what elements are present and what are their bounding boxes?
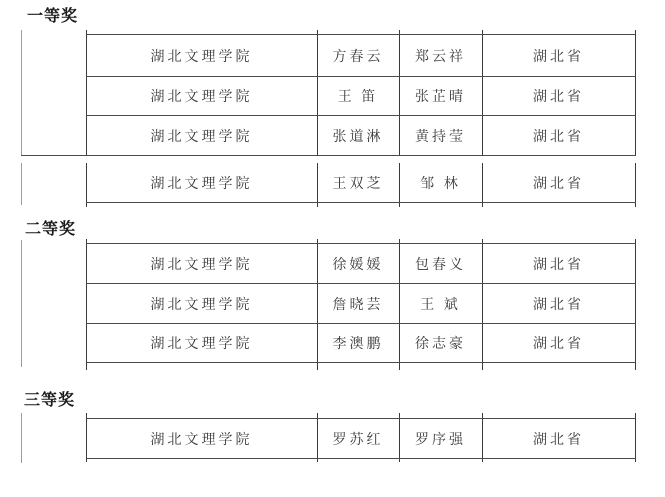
cell-member2: 黄持莹 xyxy=(399,116,482,155)
gridline-v xyxy=(21,413,22,463)
first-prize-table-continued: 湖北文理学院 王双芝 邹 林 湖北省 xyxy=(21,163,637,207)
section-heading-third-prize: 三等奖 xyxy=(24,387,75,410)
cell-member2: 郑云祥 xyxy=(399,35,482,76)
cell-institution: 湖北文理学院 xyxy=(86,77,317,115)
cell-institution: 湖北文理学院 xyxy=(86,284,317,323)
cell-member1: 方春云 xyxy=(317,35,399,76)
gridline-v xyxy=(21,163,22,205)
cell-province: 湖北省 xyxy=(482,419,635,458)
cell-institution: 湖北文理学院 xyxy=(86,35,317,76)
gridline-h xyxy=(86,362,636,363)
gridline-v xyxy=(21,240,22,367)
section-heading-second-prize: 二等奖 xyxy=(25,216,76,239)
gridline-v xyxy=(635,413,636,462)
cell-member1: 李澳鹏 xyxy=(317,324,399,362)
cell-province: 湖北省 xyxy=(482,77,635,115)
cell-province: 湖北省 xyxy=(482,244,635,283)
section-heading-first-prize: 一等奖 xyxy=(27,3,78,26)
cell-province: 湖北省 xyxy=(482,284,635,323)
cell-institution: 湖北文理学院 xyxy=(86,324,317,362)
cell-institution: 湖北文理学院 xyxy=(86,419,317,458)
cell-member1: 罗苏红 xyxy=(317,419,399,458)
cell-member1: 王 笛 xyxy=(317,77,399,115)
cell-member1: 王双芝 xyxy=(317,164,399,202)
cell-member2: 包春义 xyxy=(399,244,482,283)
cell-province: 湖北省 xyxy=(482,35,635,76)
cell-member1: 詹晓芸 xyxy=(317,284,399,323)
gridline-v xyxy=(635,163,636,207)
cell-institution: 湖北文理学院 xyxy=(86,244,317,283)
cell-member2: 邹 林 xyxy=(399,164,482,202)
cell-province: 湖北省 xyxy=(482,116,635,155)
cell-member2: 王 斌 xyxy=(399,284,482,323)
cell-member2: 张芷晴 xyxy=(399,77,482,115)
cell-province: 湖北省 xyxy=(482,164,635,202)
document-page: 一等奖 湖北文理学院 方春云 郑云祥 湖北省 湖北文理学院 王 笛 张芷晴 湖北… xyxy=(0,0,665,497)
first-prize-table: 湖北文理学院 方春云 郑云祥 湖北省 湖北文理学院 王 笛 张芷晴 湖北省 湖北… xyxy=(21,30,637,156)
gridline-h xyxy=(21,155,636,156)
gridline-v xyxy=(635,30,636,156)
second-prize-table: 湖北文理学院 徐媛媛 包春义 湖北省 湖北文理学院 詹晓芸 王 斌 湖北省 湖北… xyxy=(21,239,637,370)
cell-member1: 徐媛媛 xyxy=(317,244,399,283)
cell-province: 湖北省 xyxy=(482,324,635,362)
gridline-h xyxy=(86,202,636,203)
third-prize-table: 湖北文理学院 罗苏红 罗序强 湖北省 xyxy=(21,413,637,463)
gridline-h xyxy=(86,458,636,459)
cell-member2: 徐志豪 xyxy=(399,324,482,362)
gridline-v xyxy=(21,30,22,156)
gridline-v xyxy=(635,239,636,370)
cell-institution: 湖北文理学院 xyxy=(86,164,317,202)
cell-member1: 张道淋 xyxy=(317,116,399,155)
cell-institution: 湖北文理学院 xyxy=(86,116,317,155)
cell-member2: 罗序强 xyxy=(399,419,482,458)
